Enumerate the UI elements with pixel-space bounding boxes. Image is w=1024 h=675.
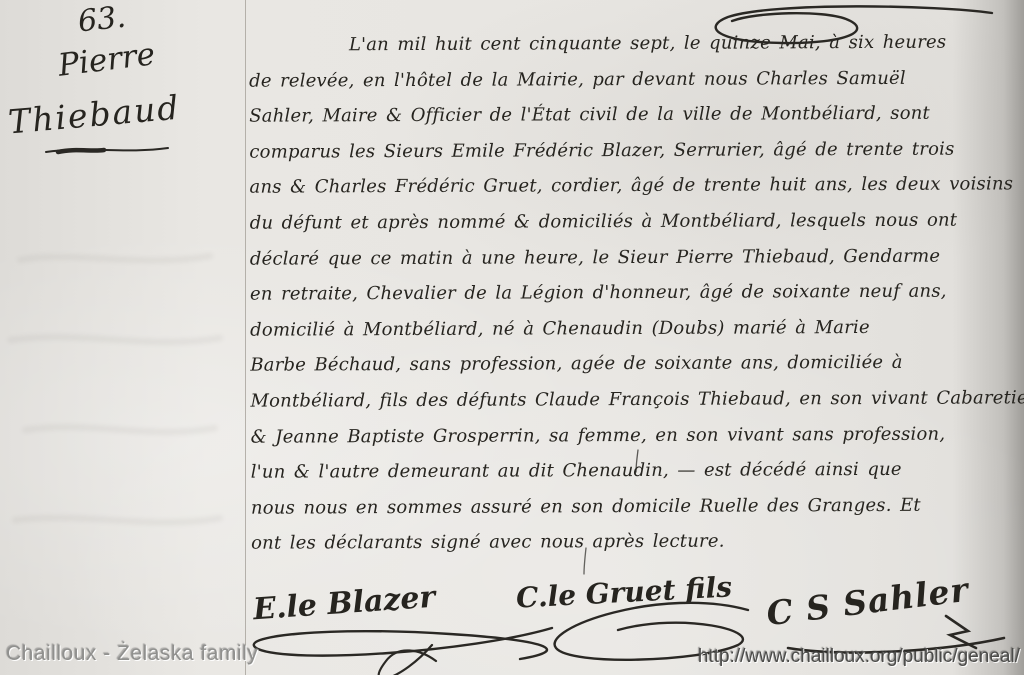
record-number: 63. <box>76 0 127 39</box>
act-line: & Jeanne Baptiste Grosperrin, sa femme, … <box>251 416 1023 455</box>
act-line: domicilié à Montbéliard, né à Chenaudin … <box>250 309 1022 348</box>
show-through-ghost <box>20 256 210 260</box>
act-line: comparus les Sieurs Emile Frédéric Blaze… <box>249 131 1021 170</box>
margin-underline-flourish <box>46 148 168 152</box>
margin-rule-line <box>245 0 246 675</box>
watermark-family-name: Chailloux - Żelaska family <box>6 642 258 666</box>
act-line: du défunt et après nommé & domiciliés à … <box>250 202 1022 241</box>
signature-blazer: E.le Blazer <box>252 580 436 628</box>
act-line: Montbéliard, fils des défunts Claude Fra… <box>250 380 1022 419</box>
show-through-ghost <box>25 427 215 432</box>
act-line: L'an mil huit cent cinquante sept, le qu… <box>249 24 1021 63</box>
act-line: Sahler, Maire & Officier de l'État civil… <box>249 96 1021 135</box>
act-line: nous nous en sommes assuré en son domici… <box>251 487 1023 526</box>
act-line: ans & Charles Frédéric Gruet, cordier, â… <box>249 167 1021 206</box>
act-line: déclaré que ce matin à une heure, le Sie… <box>250 238 1022 277</box>
signature-sahler: C S Sahler <box>764 570 970 633</box>
death-record-scan: 63. Pierre Thiebaud L'an mil huit cent c… <box>0 0 1024 675</box>
act-line: l'un & l'autre demeurant au dit Chenaudi… <box>251 451 1023 490</box>
show-through-ghost <box>15 518 220 522</box>
act-line: en retraite, Chevalier de la Légion d'ho… <box>250 273 1022 312</box>
margin-name-last: Thiebaud <box>7 88 182 142</box>
signature-gruet: C.le Gruet fils <box>515 570 732 614</box>
act-line: ont les déclarants signé avec nous après… <box>251 523 1023 562</box>
blazer-paraph <box>379 645 436 675</box>
margin-name-first: Pierre <box>56 36 157 84</box>
watermark-url: http://www.chailloux.org/public/geneal/ <box>698 646 1020 668</box>
margin-underline-flourish <box>58 150 104 152</box>
act-line: de relevée, en l'hôtel de la Mairie, par… <box>249 60 1021 99</box>
act-body-text: L'an mil huit cent cinquante sept, le qu… <box>249 24 1023 561</box>
act-line: Barbe Béchaud, sans profession, agée de … <box>250 345 1022 384</box>
blazer-paraph <box>254 628 552 659</box>
sahler-underline <box>946 616 976 648</box>
show-through-ghost <box>10 337 220 342</box>
